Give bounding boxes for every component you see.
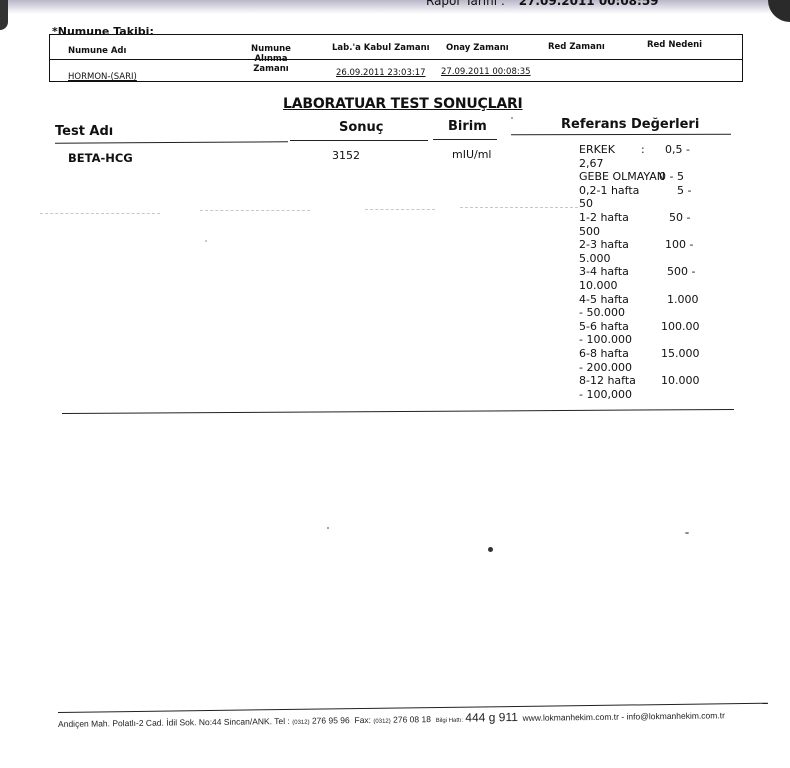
scan-speck: [327, 527, 329, 529]
reference-value: 500 -: [667, 265, 695, 279]
cell-lab-acceptance-time: 26.09.2011 23:03:17: [336, 68, 426, 78]
header-rejection-time: Red Zamanı: [548, 42, 605, 52]
header-sample-name: Numune Adı: [68, 46, 126, 56]
reference-value: 50 -: [669, 211, 690, 225]
report-date-label: Rapor Tarihi :: [426, 0, 505, 8]
cell-approval-time: 27.09.2011 00:08:35: [441, 67, 531, 77]
reference-value: 10.000: [661, 374, 700, 388]
footer-hotline: 444 g 911: [465, 710, 518, 725]
reference-value-continuation: 50: [579, 197, 719, 211]
reference-value-continuation: - 200.000: [579, 361, 719, 375]
reference-value: 0,5 -: [665, 143, 690, 157]
reference-row: 8-12 hafta10.000: [579, 374, 719, 388]
scan-speck: [685, 532, 689, 534]
test-unit: mIU/ml: [452, 148, 492, 161]
scan-artifact-line: [40, 213, 160, 214]
cell-sample-name: HORMON-(SARI): [68, 72, 137, 82]
footer-fax-area: (0312): [373, 719, 390, 725]
footer-hotline-label: Bilgi Hattı:: [436, 718, 463, 724]
reference-label: 8-12 hafta: [579, 374, 636, 388]
reference-value-continuation: 5.000: [579, 252, 719, 266]
reference-value: 0 - 5: [659, 170, 684, 184]
reference-separator: :: [641, 143, 645, 157]
scan-speck: [205, 240, 207, 242]
reference-value: 15.000: [661, 347, 700, 361]
reference-value-continuation: - 100,000: [579, 388, 719, 402]
reference-value-continuation: - 50.000: [579, 306, 719, 320]
reference-value: 1.000: [667, 293, 699, 307]
report-date: Rapor Tarihi : 27.09.2011 00:08:59: [426, 0, 659, 8]
reference-value-continuation: 2,67: [579, 157, 719, 171]
lab-results-title: LABORATUAR TEST SONUÇLARI: [283, 96, 523, 112]
reference-value-continuation: - 100.000: [579, 333, 719, 347]
footer-web-email: www.lokmanhekim.com.tr - info@lokmanheki…: [523, 710, 725, 723]
scan-top-edge: [0, 0, 790, 14]
reference-row: ERKEK:0,5 -: [579, 143, 719, 157]
column-header-test-name: Test Adı: [55, 124, 113, 139]
scan-artifact-line: [365, 209, 435, 210]
reference-values-list: ERKEK:0,5 -2,67GEBE OLMAYAN0 - 50,2-1 ha…: [579, 143, 719, 401]
report-date-value: 27.09.2011 00:08:59: [519, 0, 659, 8]
reference-row: 2-3 hafta100 -: [579, 238, 719, 252]
header-rejection-reason: Red Nedeni: [647, 40, 702, 50]
scan-corner-shadow-left: [0, 0, 8, 30]
rule-unit: [433, 139, 497, 140]
header-collection-time: Numune Alınma Zamanı: [236, 44, 306, 74]
reference-row: 4-5 hafta1.000: [579, 293, 719, 307]
reference-label: 3-4 hafta: [579, 265, 629, 279]
column-header-result: Sonuç: [339, 120, 384, 135]
header-lab-acceptance-time: Lab.'a Kabul Zamanı: [332, 43, 430, 53]
reference-label: ERKEK: [579, 143, 615, 157]
column-header-unit: Birim: [448, 119, 487, 134]
reference-label: 6-8 hafta: [579, 347, 629, 361]
reference-row: 1-2 hafta50 -: [579, 211, 719, 225]
rule-reference: [511, 134, 731, 136]
scan-artifact-line: [200, 210, 310, 211]
reference-label: GEBE OLMAYAN: [579, 170, 665, 184]
reference-value-continuation: 500: [579, 225, 719, 239]
reference-label: 5-6 hafta: [579, 320, 629, 334]
reference-row: 6-8 hafta15.000: [579, 347, 719, 361]
reference-label: 1-2 hafta: [579, 211, 629, 225]
reference-label: 4-5 hafta: [579, 293, 629, 307]
header-approval-time: Onay Zamanı: [446, 43, 509, 53]
footer-fax: 276 08 18: [393, 714, 431, 724]
footer-tel: 276 95 96: [312, 715, 350, 725]
reference-label: 0,2-1 hafta: [579, 184, 639, 198]
scan-artifact-line: [460, 207, 578, 208]
reference-row: 5-6 hafta100.00: [579, 320, 719, 334]
results-bottom-rule: [62, 409, 734, 414]
reference-value: 100 -: [665, 238, 693, 252]
scan-speck: [511, 117, 513, 119]
sample-tracking-table: Numune Adı Numune Alınma Zamanı Lab.'a K…: [49, 34, 743, 82]
scan-speck: [488, 547, 493, 552]
rule-test-name: [55, 141, 288, 143]
table-divider: [50, 59, 742, 60]
reference-value-continuation: 10.000: [579, 279, 719, 293]
footer-tel-area: (0312): [292, 720, 309, 726]
column-header-reference: Referans Değerleri: [561, 117, 699, 132]
footer-fax-label: Fax:: [354, 715, 371, 725]
reference-value: 100.00: [661, 320, 700, 334]
reference-label: 2-3 hafta: [579, 238, 629, 252]
reference-value: 5 -: [677, 184, 691, 198]
scan-corner-shadow: [768, 0, 790, 22]
test-name-beta-hcg: BETA-HCG: [68, 151, 133, 165]
reference-row: 3-4 hafta500 -: [579, 265, 719, 279]
reference-row: 0,2-1 hafta5 -: [579, 184, 719, 198]
reference-row: GEBE OLMAYAN0 - 5: [579, 170, 719, 184]
footer-address: Andiçen Mah. Polatlı-2 Cad. İdil Sok. No…: [58, 716, 290, 729]
rule-result: [290, 140, 428, 141]
test-result-value: 3152: [332, 149, 360, 162]
